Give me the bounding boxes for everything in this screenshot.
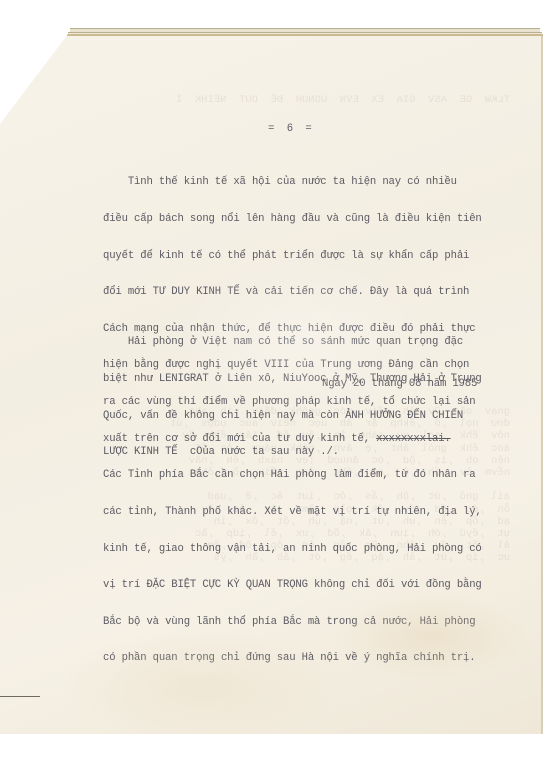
text-line: Tình thế kinh tế xã hội của nước ta hiện…	[103, 176, 513, 188]
paragraph-2: Hải phòng ở Việt nam có thể so sánh mức …	[103, 312, 513, 483]
text-line: Bắc bộ và vùng lãnh thổ phía Bắc mà tron…	[103, 616, 513, 628]
text-line: có phần quan trọng chỉ đứng sau Hà nội v…	[103, 652, 513, 664]
text-line: quyết để kinh tế có thể phát triển được …	[103, 250, 513, 262]
text-line: kinh tế, giao thông vận tải, an ninh quố…	[103, 543, 513, 555]
text-line: các tỉnh, Thành phố khác. Xét về mặt vị …	[103, 506, 513, 518]
text-line: Hải phòng ở Việt nam có thể so sánh mức …	[103, 336, 513, 348]
typewritten-page: TLKW GE ASV GIA EX EVN UGNUH ĐỂ DUT NẾIH…	[0, 34, 543, 734]
text-line: LƯỢC KINH TẾ cOủa nước ta sau này ./.	[103, 446, 513, 458]
text-line: đổi mới TƯ DUY KINH TẾ và cải tiến cơ ch…	[103, 286, 513, 298]
text-line: điều cấp bách song nổi lên hàng đầu và c…	[103, 213, 513, 225]
bleed-through-text: TLKW GE ASV GIA EX EVN UGNUH ĐỂ DUT NẾIH…	[105, 94, 510, 106]
text-line: vị trí ĐẶC BIỆT CỰC KỲ QUAN TRỌNG không …	[103, 579, 513, 591]
page-edge-shadow	[0, 696, 40, 697]
date-line: Ngày 20 tháng 08 năm 1985	[322, 378, 551, 390]
text-line: Quốc, vấn đề không chỉ hiện nay mà còn Ả…	[103, 410, 513, 422]
page-number: = 6 =	[268, 123, 551, 135]
